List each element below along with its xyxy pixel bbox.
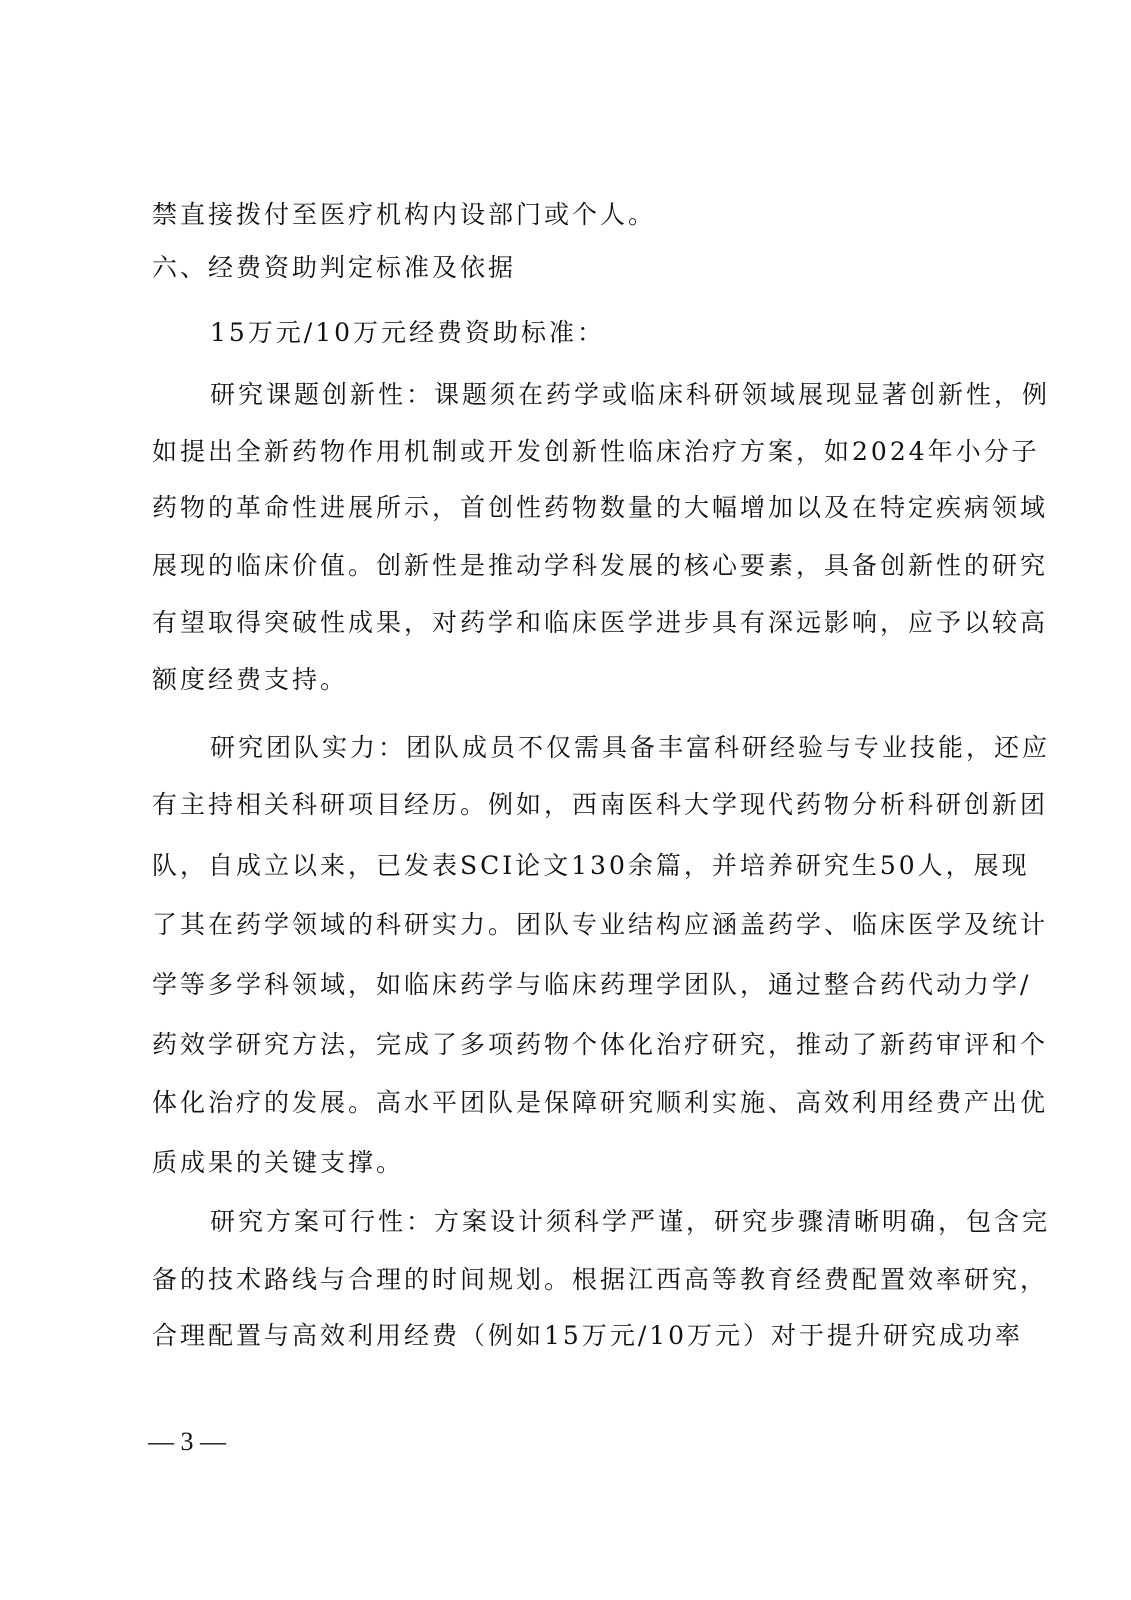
paragraph-line: 备的技术路线与合理的时间规划。根据江西高等教育经费配置效率研究， (152, 1264, 972, 1296)
paragraph-line: 有主持相关科研项目经历。例如，西南医科大学现代药物分析科研创新团 (152, 789, 972, 821)
subsection-heading: 15万元/10万元经费资助标准： (210, 317, 972, 349)
paragraph-line: 如提出全新药物作用机制或开发创新性临床治疗方案，如2024年小分子 (152, 436, 972, 468)
paragraph-line: 药物的革命性进展所示，首创性药物数量的大幅增加以及在特定疾病领域 (152, 492, 972, 524)
section-heading: 六、经费资助判定标准及依据 (152, 252, 972, 284)
page-number: — 3 — (148, 1426, 226, 1458)
paragraph-line: 额度经费支持。 (152, 664, 972, 696)
paragraph-line: 研究方案可行性：方案设计须科学严谨，研究步骤清晰明确，包含完 (210, 1206, 972, 1238)
paragraph-line: 了其在药学领域的科研实力。团队专业结构应涵盖药学、临床医学及统计 (152, 909, 972, 941)
paragraph-line: 有望取得突破性成果，对药学和临床医学进步具有深远影响，应予以较高 (152, 607, 972, 639)
paragraph-line: 研究课题创新性：课题须在药学或临床科研领域展现显著创新性，例 (210, 379, 972, 411)
continuation-line: 禁直接拨付至医疗机构内设部门或个人。 (152, 199, 972, 231)
paragraph-line: 质成果的关键支撑。 (152, 1147, 972, 1179)
paragraph-line: 展现的临床价值。创新性是推动学科发展的核心要素，具备创新性的研究 (152, 550, 972, 582)
paragraph-line: 学等多学科领域，如临床药学与临床药理学团队，通过整合药代动力学/ (152, 969, 972, 1001)
paragraph-line: 研究团队实力：团队成员不仅需具备丰富科研经验与专业技能，还应 (210, 732, 972, 764)
document-page: 禁直接拨付至医疗机构内设部门或个人。 六、经费资助判定标准及依据 15万元/10… (0, 0, 1131, 1600)
paragraph-line: 药效学研究方法，完成了多项药物个体化治疗研究，推动了新药审评和个 (152, 1029, 972, 1061)
paragraph-line: 合理配置与高效利用经费（例如15万元/10万元）对于提升研究成功率 (152, 1320, 972, 1352)
paragraph-line: 体化治疗的发展。高水平团队是保障研究顺利实施、高效利用经费产出优 (152, 1087, 972, 1119)
paragraph-line: 队，自成立以来，已发表SCI论文130余篇，并培养研究生50人，展现 (152, 850, 972, 882)
